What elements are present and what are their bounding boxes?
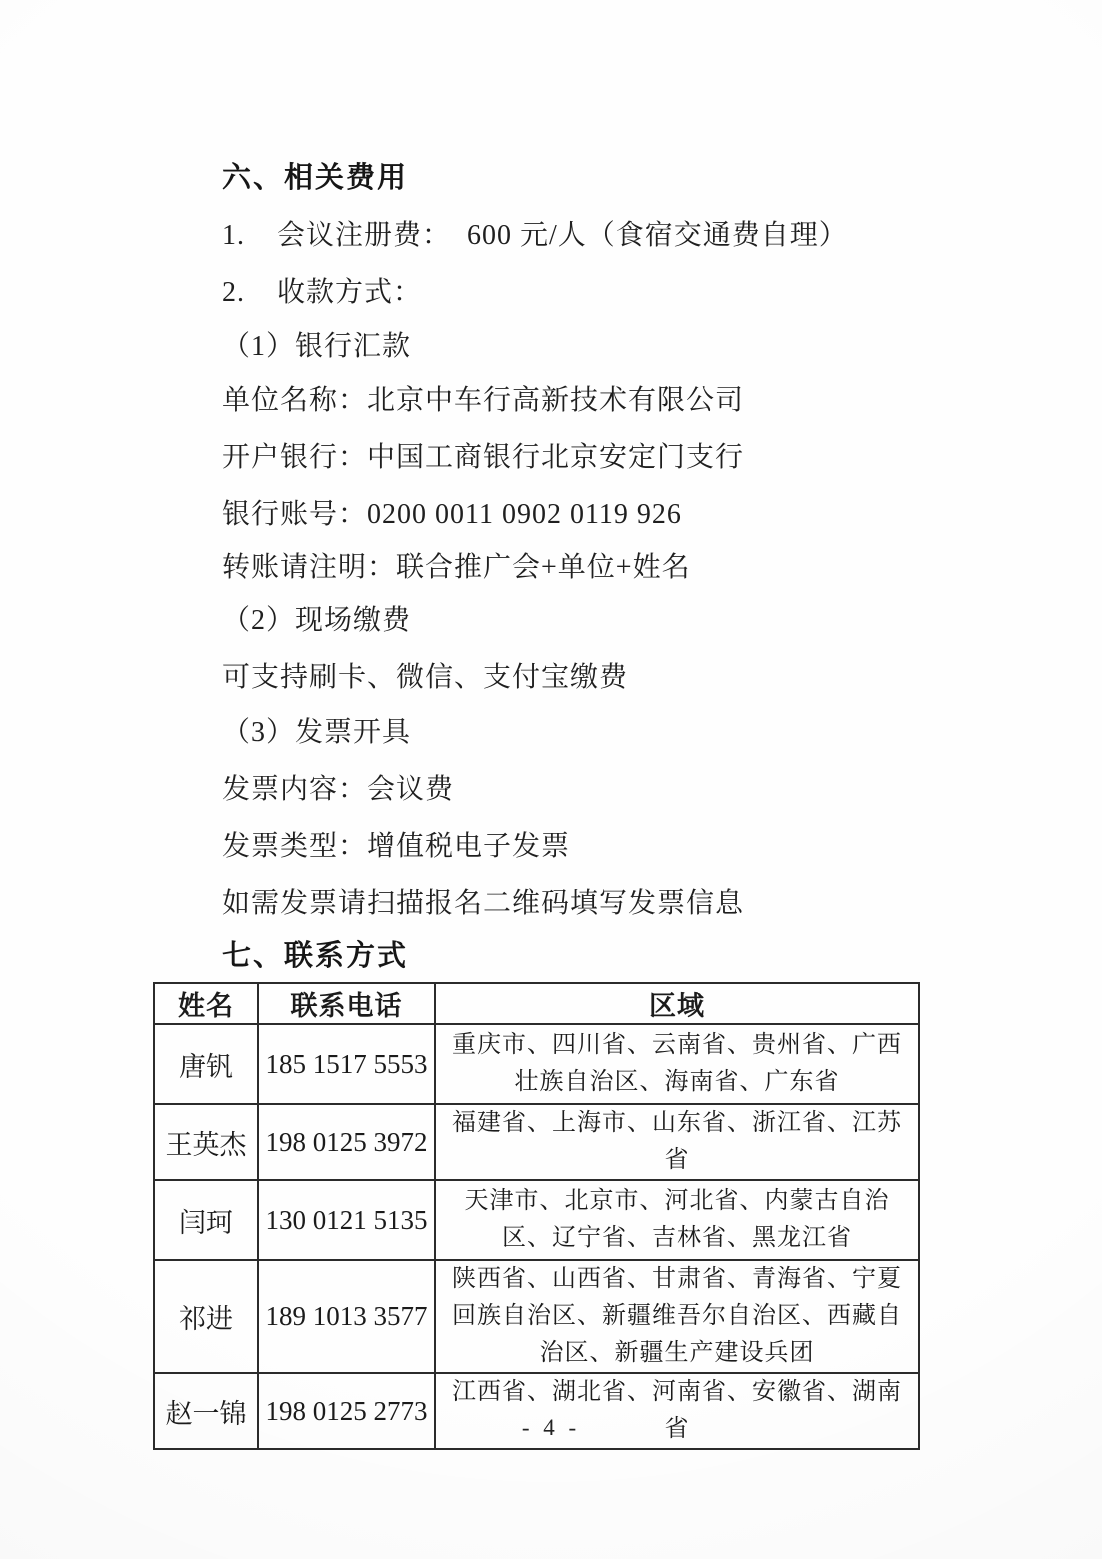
contact-region: 福建省、上海市、山东省、浙江省、江苏省 [435, 1104, 919, 1180]
line-invoice-type: 发票类型：增值税电子发票 [222, 830, 570, 864]
line-bank-name: 开户银行：中国工商银行北京安定门支行 [222, 441, 744, 475]
table-row: 王英杰 198 0125 3972 福建省、上海市、山东省、浙江省、江苏省 [154, 1104, 919, 1180]
contact-name: 闫珂 [154, 1180, 258, 1260]
contact-region: 陕西省、山西省、甘肃省、青海省、宁夏回族自治区、新疆维吾尔自治区、西藏自治区、新… [435, 1260, 919, 1373]
page-number: - 4 - [0, 1415, 1102, 1441]
line-invoice-qr-note: 如需发票请扫描报名二维码填写发票信息 [222, 887, 744, 921]
line-onsite-payment: （2）现场缴费 [222, 604, 411, 638]
header-phone: 联系电话 [258, 983, 435, 1024]
line-bank-transfer: （1）银行汇款 [222, 330, 411, 364]
contact-name: 祁进 [154, 1260, 258, 1373]
line-registration-fee: 1. 会议注册费： 600 元/人（食宿交通费自理） [222, 219, 848, 253]
contact-name: 唐钒 [154, 1024, 258, 1104]
contact-phone: 130 0121 5135 [258, 1180, 435, 1260]
contact-name: 王英杰 [154, 1104, 258, 1180]
section-heading-contacts: 七、联系方式 [222, 939, 408, 973]
line-onsite-methods: 可支持刷卡、微信、支付宝缴费 [222, 661, 628, 695]
line-transfer-note: 转账请注明：联合推广会+单位+姓名 [222, 551, 691, 585]
contact-table: 姓名 联系电话 区域 唐钒 185 1517 5553 重庆市、四川省、云南省、… [153, 982, 920, 1450]
table-row: 祁进 189 1013 3577 陕西省、山西省、甘肃省、青海省、宁夏回族自治区… [154, 1260, 919, 1373]
line-account-number: 银行账号：0200 0011 0902 0119 926 [222, 498, 682, 532]
header-region: 区域 [435, 983, 919, 1024]
line-payment-method: 2. 收款方式： [222, 276, 422, 310]
line-invoice-content: 发票内容：会议费 [222, 773, 454, 807]
line-invoice-issue: （3）发票开具 [222, 716, 411, 750]
contact-region: 重庆市、四川省、云南省、贵州省、广西壮族自治区、海南省、广东省 [435, 1024, 919, 1104]
document-page: 六、相关费用 1. 会议注册费： 600 元/人（食宿交通费自理） 2. 收款方… [0, 0, 1102, 1559]
contact-phone: 198 0125 3972 [258, 1104, 435, 1180]
section-heading-fees: 六、相关费用 [222, 161, 408, 195]
contact-region: 天津市、北京市、河北省、内蒙古自治区、辽宁省、吉林省、黑龙江省 [435, 1180, 919, 1260]
line-company-name: 单位名称：北京中车行高新技术有限公司 [222, 384, 744, 418]
table-row: 唐钒 185 1517 5553 重庆市、四川省、云南省、贵州省、广西壮族自治区… [154, 1024, 919, 1104]
contact-phone: 189 1013 3577 [258, 1260, 435, 1373]
header-name: 姓名 [154, 983, 258, 1024]
contact-phone: 185 1517 5553 [258, 1024, 435, 1104]
table-row: 闫珂 130 0121 5135 天津市、北京市、河北省、内蒙古自治区、辽宁省、… [154, 1180, 919, 1260]
table-header-row: 姓名 联系电话 区域 [154, 983, 919, 1024]
